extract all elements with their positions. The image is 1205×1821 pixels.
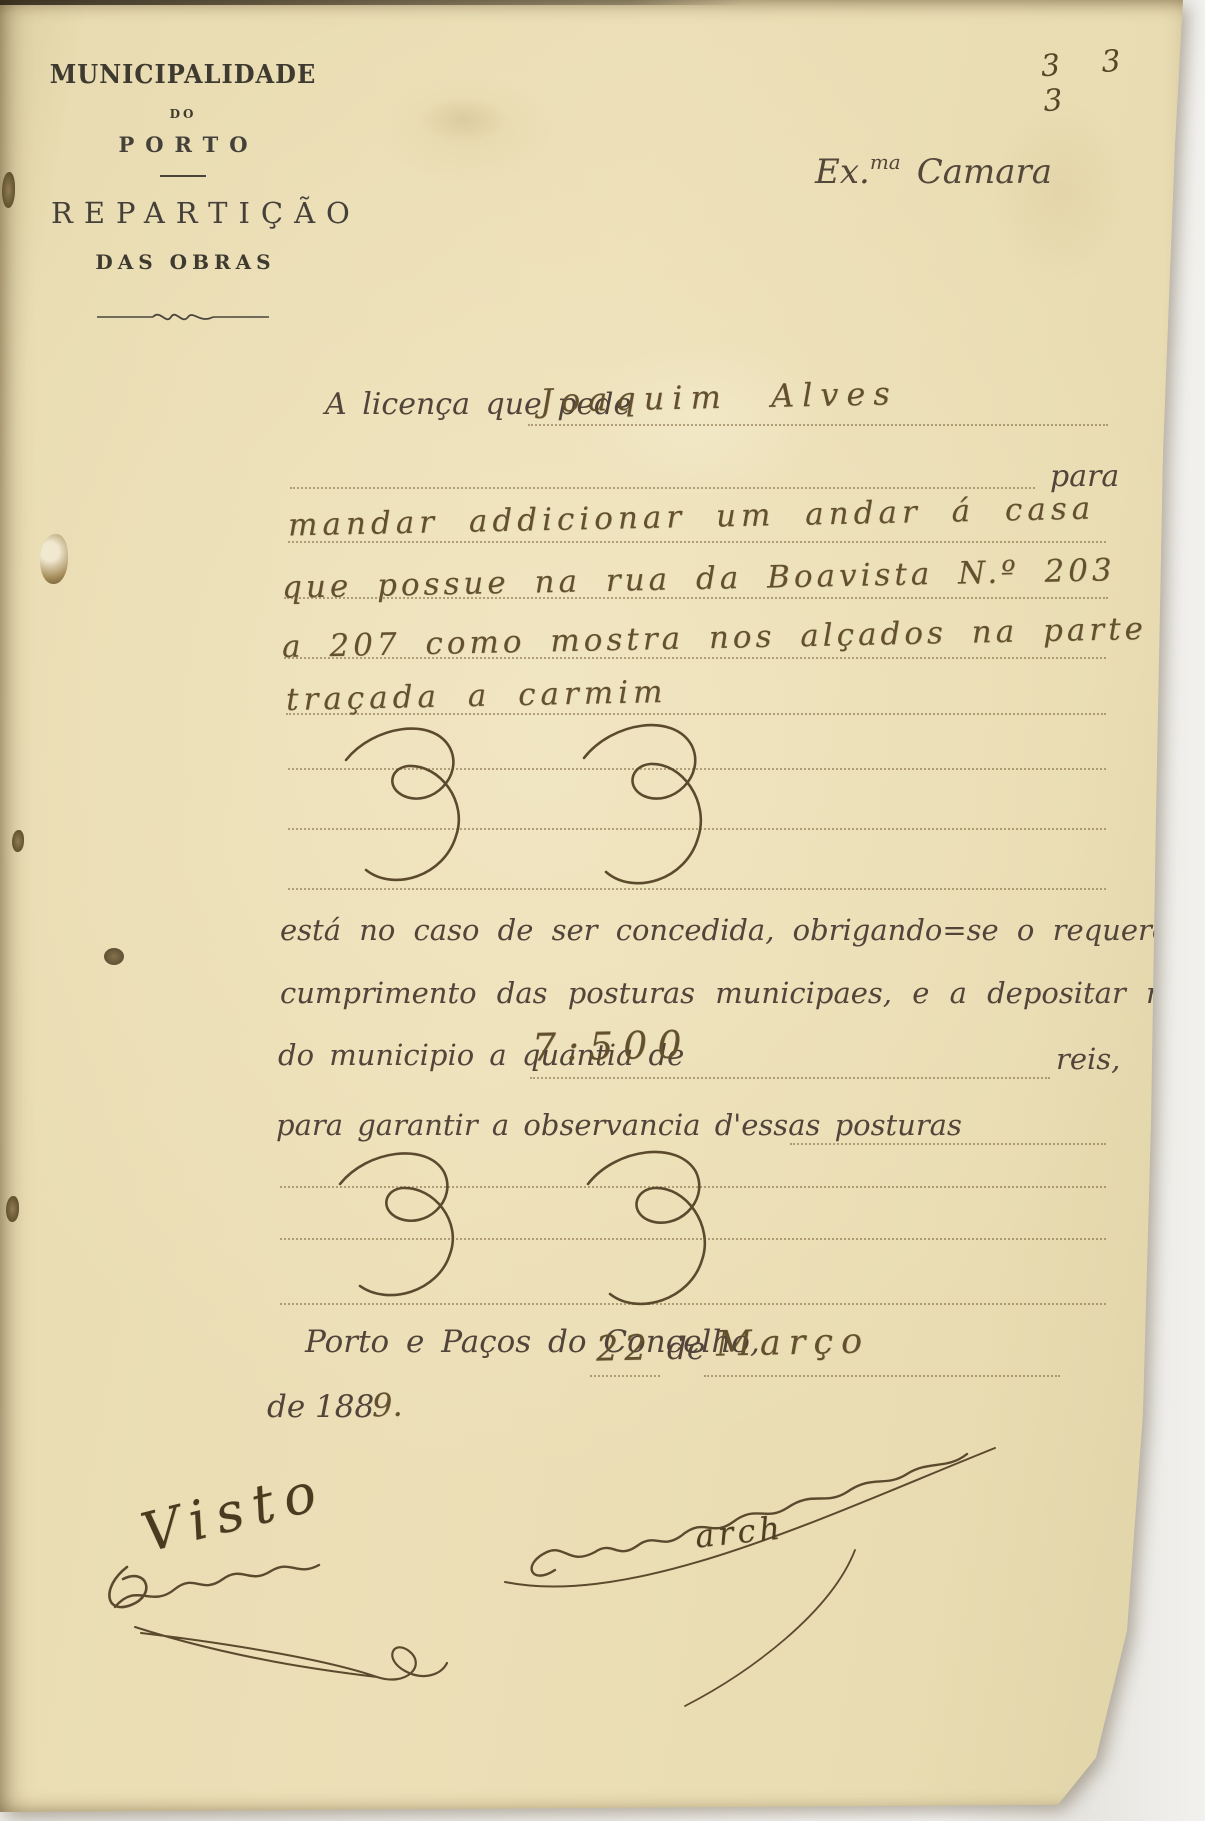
dateline-year-prefix: de 188 xyxy=(267,1390,374,1424)
salutation: Ex.maCamara xyxy=(815,150,1052,192)
letterhead-of: DO xyxy=(40,108,326,120)
salutation-abbrev: Ex. xyxy=(815,152,870,192)
cancel-flourish xyxy=(568,718,718,898)
cancel-flourish xyxy=(322,1148,472,1308)
dateline-day: 22 xyxy=(596,1329,653,1369)
letterhead-department2: DAS OBRAS xyxy=(40,252,326,272)
form-para: para xyxy=(1050,460,1119,493)
paper-tear xyxy=(12,830,24,852)
salutation-word: Camara xyxy=(917,152,1052,192)
cancel-flourish xyxy=(572,1146,722,1316)
document-scan: MUNICIPALIDADE DO PORTO REPARTIÇÃO DAS O… xyxy=(0,0,1205,1821)
form-request-line: mandar addicionar um andar á casa xyxy=(288,492,1096,543)
stain xyxy=(418,96,508,142)
salutation-superscript: ma xyxy=(870,150,901,174)
scan-top-edge xyxy=(0,0,742,5)
paper-tear xyxy=(6,1196,19,1222)
signature-architect xyxy=(495,1420,1005,1710)
dotted-line xyxy=(704,1375,1060,1377)
dateline-month: Março xyxy=(716,1322,871,1364)
dotted-line xyxy=(530,1077,1050,1079)
letterhead-rule xyxy=(160,175,206,177)
currency-label: reis, xyxy=(1056,1044,1120,1076)
deposit-amount: 7:500 xyxy=(532,1024,692,1069)
form-petitioner: Joaquim Alves xyxy=(540,376,898,419)
dotted-line xyxy=(284,597,1108,599)
dotted-line xyxy=(288,541,1106,543)
letterhead-municipality: MUNICIPALIDADE xyxy=(40,61,326,87)
paper-sheet: MUNICIPALIDADE DO PORTO REPARTIÇÃO DAS O… xyxy=(0,0,1192,1812)
dotted-line xyxy=(790,1143,1106,1145)
page-number: 3 3 3 xyxy=(1040,39,1195,119)
dateline-year-digit: 9. xyxy=(372,1388,403,1424)
dotted-line xyxy=(290,487,1035,489)
letterhead: MUNICIPALIDADE DO PORTO REPARTIÇÃO DAS O… xyxy=(40,62,326,328)
dateline-connector: de xyxy=(667,1332,705,1366)
clause-line1: está no caso de ser concedida, obrigando… xyxy=(280,915,1205,947)
cancel-flourish xyxy=(328,722,478,894)
ink-spot xyxy=(104,948,124,965)
dotted-line xyxy=(284,657,1106,659)
dotted-line xyxy=(286,713,1106,715)
dotted-line xyxy=(528,424,1108,426)
paper-wrap: MUNICIPALIDADE DO PORTO REPARTIÇÃO DAS O… xyxy=(0,0,1205,1821)
form-request-line: traçada a carmim xyxy=(286,675,668,717)
dotted-line xyxy=(590,1375,660,1377)
paper-tear xyxy=(2,172,15,208)
clause-line4: para garantir a observancia d'essas post… xyxy=(276,1110,962,1142)
ornament-divider-icon xyxy=(93,308,273,324)
signature-reviewer xyxy=(85,1545,465,1700)
letterhead-city: PORTO xyxy=(40,134,326,155)
letterhead-department: REPARTIÇÃO xyxy=(40,199,326,228)
clause-line2: cumprimento das posturas municipaes, e a… xyxy=(280,978,1205,1010)
paper-tear xyxy=(40,534,68,584)
